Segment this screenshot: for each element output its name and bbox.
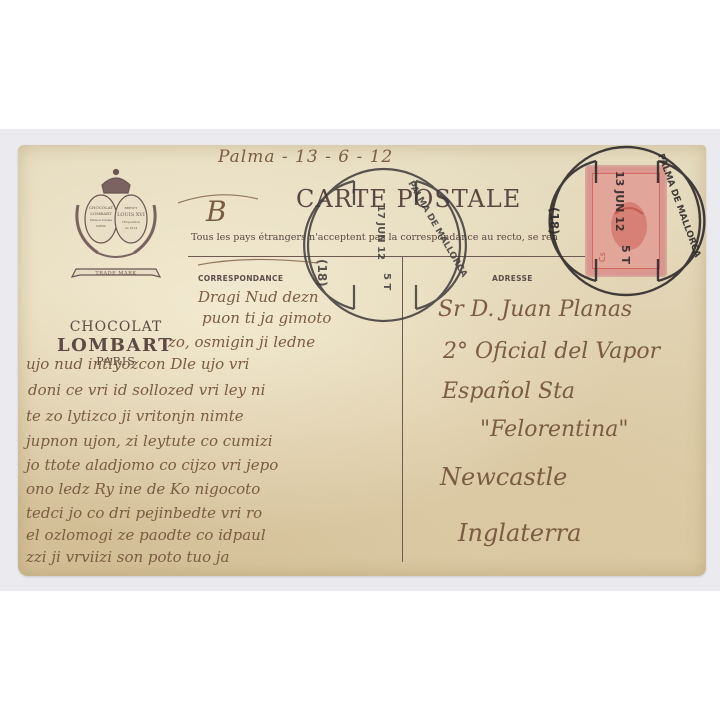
svg-text:BREVET: BREVET [124,206,137,210]
correspondance-label: CORRESPONDANCE [198,274,283,283]
svg-text:LOUIS XVI: LOUIS XVI [117,212,145,218]
message-line: doni ce vri id sollozed vri ley ni [28,381,265,399]
address-line: Sr D. Juan Planas [438,297,632,322]
address-line: 2° Oficial del Vapor [443,339,660,364]
svg-text:CHOCOLAT: CHOCOLAT [89,205,113,210]
stamp-portrait-frame: Cs [592,173,660,269]
svg-text:Cs: Cs [598,252,607,262]
svg-text:(18): (18) [315,259,329,287]
svg-text:(18): (18) [547,207,561,235]
svg-text:LOMBART: LOMBART [90,211,112,216]
address-line: Newcastle [440,463,567,491]
adresse-label: ADRESSE [492,274,533,283]
postcard: CHOCOLAT LOMBART Maison fondée PARIS BRE… [18,145,706,576]
address-line: "Felorentina" [480,417,628,442]
svg-text:5 T: 5 T [381,273,392,290]
brand-line-chocolat: CHOCOLAT [52,319,180,335]
svg-text:en 1814: en 1814 [125,226,137,230]
svg-text:l'Exposition: l'Exposition [122,220,140,224]
postage-stamp: Cs [587,167,665,275]
message-line: jo ttote aladjomo co cijzo vri jepo [26,456,278,474]
handwritten-date: Palma - 13 - 6 - 12 [218,147,393,167]
address-line: Español Sta [442,379,575,404]
king-portrait-icon: Cs [593,174,659,268]
message-line: zzi ji vrviizi son poto tuo ja [26,548,229,566]
svg-text:Maison fondée: Maison fondée [90,218,113,222]
lombart-crest-logo: CHOCOLAT LOMBART Maison fondée PARIS BRE… [68,165,164,285]
card-title: CARTE POSTALE [296,185,521,213]
message-line: ujo nud intlyozcon Dle ujo vri [26,355,249,373]
svg-text:PARIS: PARIS [96,224,105,228]
foreign-notice: Tous les pays étrangers n'acceptent pas … [191,232,558,243]
message-line: Dragi Nud dezn [198,288,319,306]
message-line: ono ledz Ry ine de Ko nigocoto [26,480,260,498]
svg-text:TRADE MARK: TRADE MARK [95,271,136,277]
horizontal-rule [188,256,588,257]
message-line: jupnon ujon, zi leytute co cumizi [26,432,273,450]
message-line: te zo lytizco ji vritonjn nimte [26,407,244,425]
handwritten-initial: B [206,195,227,228]
message-line: el ozlomogi ze paodte co idpaul [26,526,266,544]
message-line: zo, osmigin ji ledne [168,333,315,351]
address-line: Inglaterra [458,519,581,547]
message-line: puon ti ja gimoto [202,309,331,327]
message-line: tedci jo co dri pejinbedte vri ro [26,504,262,522]
vertical-divider [402,256,403,562]
